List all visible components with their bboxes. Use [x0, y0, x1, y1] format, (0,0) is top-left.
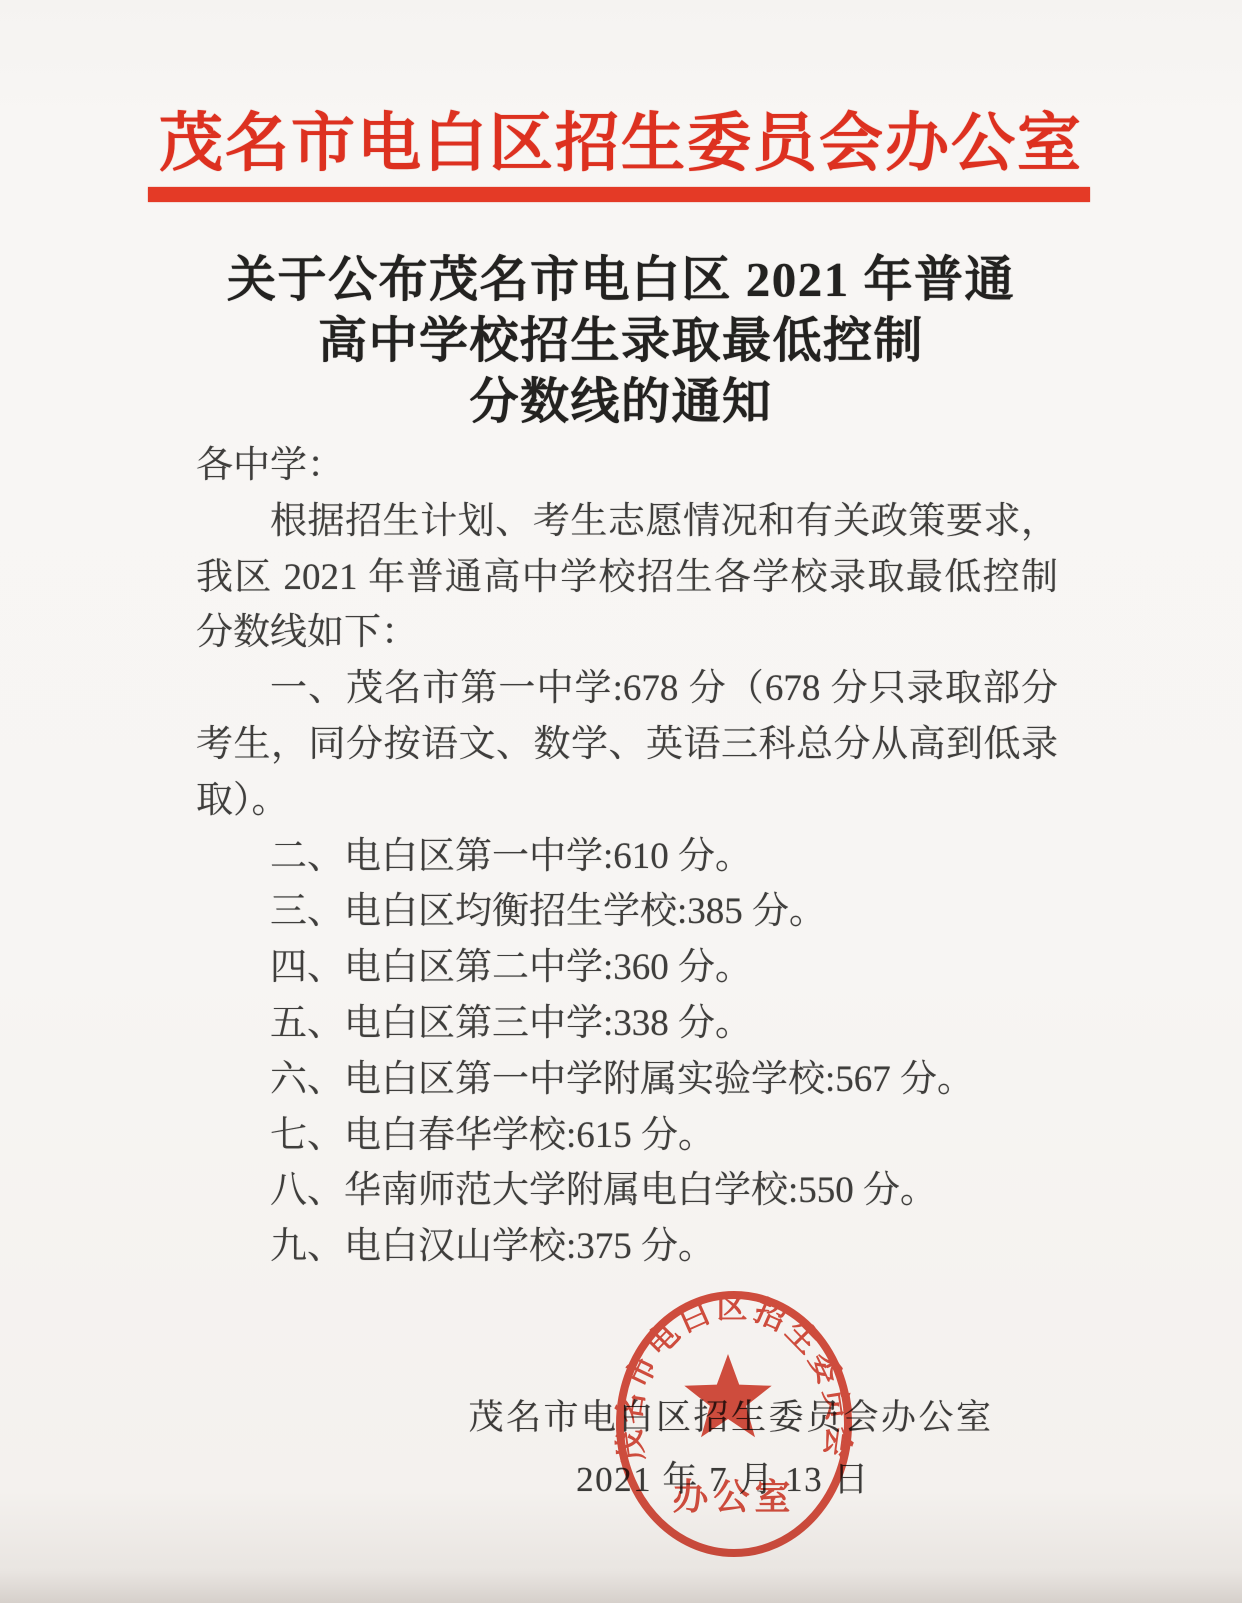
score-line-4: 四、电白区第二中学:360 分。	[196, 940, 1058, 996]
body-line: 根据招生计划、考生志愿情况和有关政策要求，	[196, 494, 1058, 550]
notice-title-line-3: 分数线的通知	[0, 371, 1242, 432]
score-line-1-end: 取）。	[196, 773, 1058, 829]
score-line-7: 七、电白春华学校:615 分。	[196, 1108, 1058, 1164]
letterhead-divider	[148, 187, 1090, 202]
salutation-line: 各中学：	[196, 438, 1058, 494]
score-line-3: 三、电白区均衡招生学校:385 分。	[196, 884, 1058, 940]
notice-body: 各中学： 根据招生计划、考生志愿情况和有关政策要求， 我区 2021 年普通高中…	[196, 438, 1058, 1275]
score-line-5: 五、电白区第三中学:338 分。	[196, 996, 1058, 1052]
score-line-1-cont: 考生，同分按语文、数学、英语三科总分从高到低录	[196, 717, 1058, 773]
score-line-1: 一、茂名市第一中学:678 分（678 分只录取部分	[196, 661, 1058, 717]
star-icon	[684, 1354, 771, 1437]
notice-title-line-2: 高中学校招生录取最低控制	[0, 310, 1242, 371]
notice-title: 关于公布茂名市电白区 2021 年普通 高中学校招生录取最低控制 分数线的通知	[0, 249, 1242, 432]
letterhead-title: 茂名市电白区招生委员会办公室	[0, 92, 1242, 184]
notice-title-line-1: 关于公布茂名市电白区 2021 年普通	[0, 249, 1242, 310]
document-page: 茂名市电白区招生委员会办公室 关于公布茂名市电白区 2021 年普通 高中学校招…	[0, 0, 1242, 1603]
official-seal: 茂名市电白区招生委员会 办公室	[611, 1287, 857, 1561]
body-line: 我区 2021 年普通高中学校招生各学校录取最低控制	[196, 550, 1058, 606]
score-line-8: 八、华南师范大学附属电白学校:550 分。	[196, 1163, 1058, 1219]
body-line: 分数线如下：	[196, 605, 1058, 661]
score-line-6: 六、电白区第一中学附属实验学校:567 分。	[196, 1052, 1058, 1108]
score-line-9: 九、电白汉山学校:375 分。	[196, 1219, 1058, 1275]
score-line-2: 二、电白区第一中学:610 分。	[196, 829, 1058, 885]
seal-office-text: 办公室	[672, 1477, 795, 1517]
